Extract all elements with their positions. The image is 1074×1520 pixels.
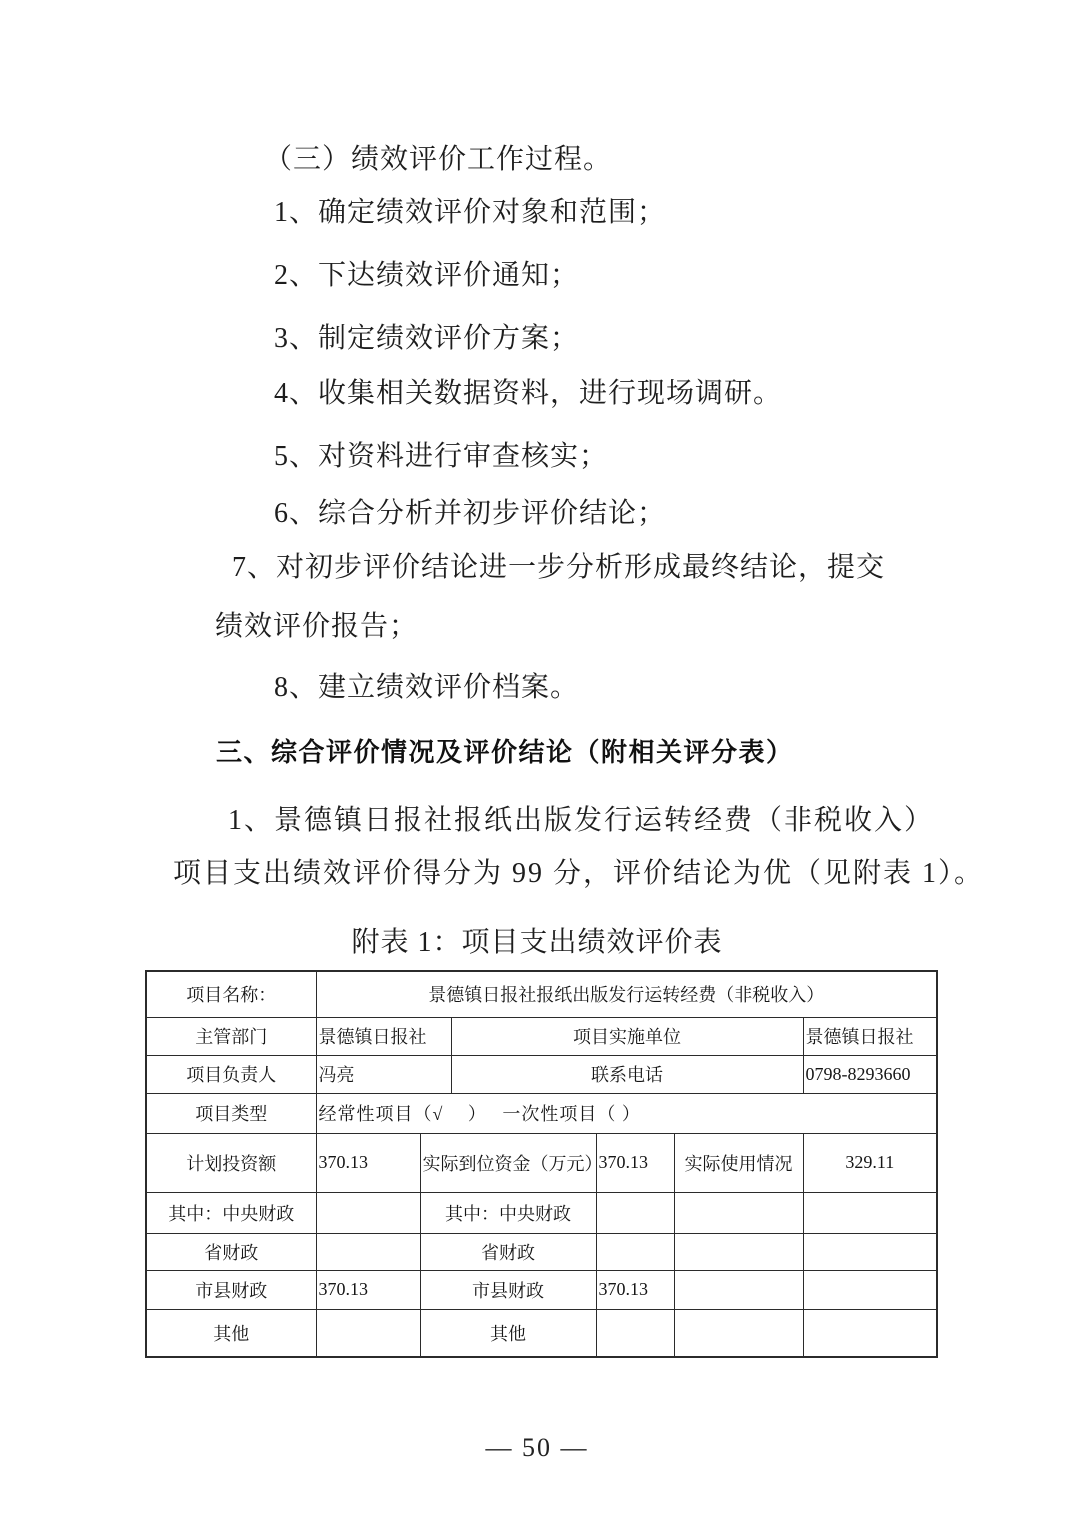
list-item-8: 8、建立绩效评价档案。 [274,670,579,706]
used-label: 实际使用情况 [674,1133,803,1192]
section-heading: （三）绩效评价工作过程。 [264,142,612,178]
appendix-table-title: 附表 1：项目支出绩效评价表 [0,925,1074,961]
paragraph-line2: 项目支出绩效评价得分为 99 分，评价结论为优（见附表 1）。 [173,856,984,892]
list-item-7-line1: 7、对初步评价结论进一步分析形成最终结论，提交 [232,550,885,586]
planned-label: 计划投资额 [146,1133,316,1192]
empty-cell [803,1233,937,1270]
chapter-heading: 三、综合评价情况及评价结论（附相关评分表） [216,733,794,771]
other-label-2: 其他 [420,1309,596,1357]
list-item-7-line2: 绩效评价报告； [215,609,418,645]
list-item-2: 2、下达绩效评价通知； [274,258,579,294]
table-row-province: 省财政 省财政 [146,1233,937,1270]
city-label-1: 市县财政 [146,1270,316,1309]
type-label: 项目类型 [146,1093,316,1133]
table-row-type: 项目类型 经常性项目（√ ） 一次性项目（ ） [146,1093,937,1133]
dept-value: 景德镇日报社 [316,1017,451,1055]
table-row-dept: 主管部门 景德镇日报社 项目实施单位 景德镇日报社 [146,1017,937,1055]
dept-label: 主管部门 [146,1017,316,1055]
project-name-label: 项目名称： [146,971,316,1017]
city-value-1: 370.13 [316,1270,420,1309]
empty-cell [316,1233,420,1270]
received-value: 370.13 [596,1133,674,1192]
central-label-1: 其中：中央财政 [146,1192,316,1233]
empty-cell [316,1309,420,1357]
table-row-leader: 项目负责人 冯亮 联系电话 0798-8293660 [146,1055,937,1093]
paragraph-line1: 1、景德镇日报社报纸出版发行运转经费（非税收入） [228,803,934,839]
table-row-project-name: 项目名称： 景德镇日报社报纸出版发行运转经费（非税收入） [146,971,937,1017]
leader-label: 项目负责人 [146,1055,316,1093]
city-label-2: 市县财政 [420,1270,596,1309]
empty-cell [674,1309,803,1357]
empty-cell [596,1309,674,1357]
phone-label: 联系电话 [451,1055,803,1093]
used-value: 329.11 [803,1133,937,1192]
table-row-other: 其他 其他 [146,1309,937,1357]
empty-cell [674,1233,803,1270]
empty-cell [596,1192,674,1233]
province-label-2: 省财政 [420,1233,596,1270]
phone-value: 0798-8293660 [803,1055,937,1093]
empty-cell [803,1270,937,1309]
list-item-1: 1、确定绩效评价对象和范围； [274,195,666,231]
received-label: 实际到位资金（万元） [420,1133,596,1192]
page-number: — 50 — [0,1432,1074,1464]
empty-cell [803,1309,937,1357]
table-row-investment: 计划投资额 370.13 实际到位资金（万元） 370.13 实际使用情况 32… [146,1133,937,1192]
list-item-4: 4、收集相关数据资料，进行现场调研。 [274,376,782,412]
list-item-6: 6、综合分析并初步评价结论； [274,496,666,532]
impl-unit-label: 项目实施单位 [451,1017,803,1055]
leader-value: 冯亮 [316,1055,451,1093]
empty-cell [316,1192,420,1233]
document-page: （三）绩效评价工作过程。 1、确定绩效评价对象和范围； 2、下达绩效评价通知； … [0,0,1074,1520]
type-value: 经常性项目（√ ） 一次性项目（ ） [316,1093,937,1133]
list-item-5: 5、对资料进行审查核实； [274,439,608,475]
province-label-1: 省财政 [146,1233,316,1270]
table-row-central: 其中：中央财政 其中：中央财政 [146,1192,937,1233]
performance-evaluation-table: 项目名称： 景德镇日报社报纸出版发行运转经费（非税收入） 主管部门 景德镇日报社… [145,970,938,1358]
list-item-3: 3、制定绩效评价方案； [274,321,579,357]
impl-unit-value: 景德镇日报社 [803,1017,937,1055]
planned-value: 370.13 [316,1133,420,1192]
other-label-1: 其他 [146,1309,316,1357]
central-label-2: 其中：中央财政 [420,1192,596,1233]
empty-cell [596,1233,674,1270]
empty-cell [803,1192,937,1233]
city-value-2: 370.13 [596,1270,674,1309]
project-name-value: 景德镇日报社报纸出版发行运转经费（非税收入） [316,971,937,1017]
empty-cell [674,1270,803,1309]
empty-cell [674,1192,803,1233]
table-row-city: 市县财政 370.13 市县财政 370.13 [146,1270,937,1309]
